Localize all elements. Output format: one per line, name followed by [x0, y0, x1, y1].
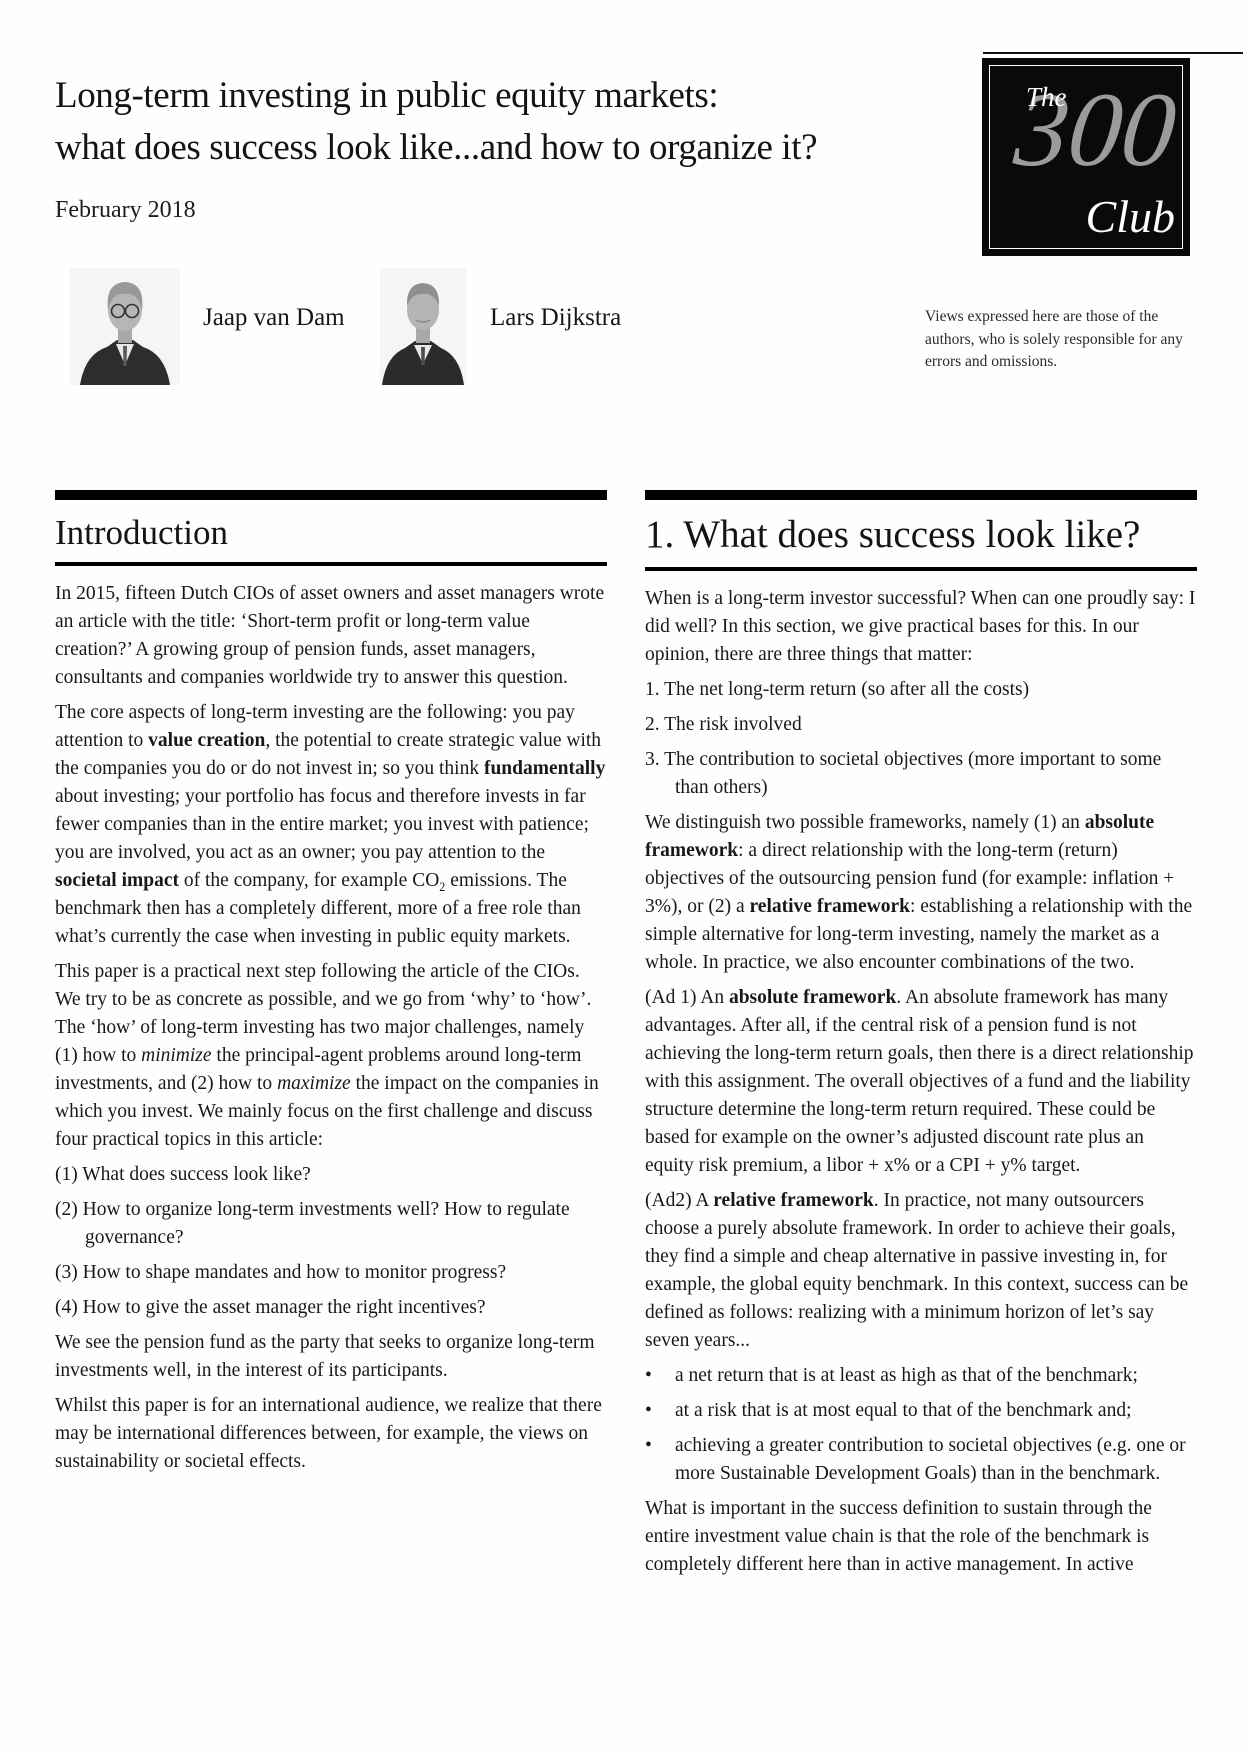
paragraph: What is important in the success definit… — [645, 1495, 1197, 1579]
list-item: 1. The net long-term return (so after al… — [645, 676, 1197, 704]
list-item: 3. The contribution to societal objectiv… — [645, 746, 1197, 802]
paragraph: The core aspects of long-term investing … — [55, 699, 607, 951]
page-title-line1: Long-term investing in public equity mar… — [55, 70, 817, 122]
thick-rule — [55, 490, 607, 500]
page-title: Long-term investing in public equity mar… — [55, 70, 817, 174]
bullet-item: •at a risk that is at most equal to that… — [645, 1397, 1197, 1425]
success-body: When is a long-term investor successful?… — [645, 585, 1197, 1579]
publication-date: February 2018 — [55, 197, 196, 224]
paragraph: We see the pension fund as the party tha… — [55, 1329, 607, 1385]
section-heading-success: 1. What does success look like? — [645, 513, 1197, 558]
author-photo-jaap-van-dam — [70, 268, 180, 385]
introduction-section: Introduction In 2015, fifteen Dutch CIOs… — [55, 490, 607, 1483]
document-page: Long-term investing in public equity mar… — [0, 0, 1249, 1754]
author-name-jaap-van-dam: Jaap van Dam — [203, 304, 345, 332]
the-300-club-logo: 300 The Club — [982, 58, 1190, 256]
thick-rule — [645, 490, 1197, 500]
paragraph: (Ad 1) An absolute framework. An absolut… — [645, 984, 1197, 1180]
top-right-rule — [983, 52, 1243, 54]
paragraph: We distinguish two possible frameworks, … — [645, 809, 1197, 977]
bullet-item: •a net return that is at least as high a… — [645, 1362, 1197, 1390]
introduction-body: In 2015, fifteen Dutch CIOs of asset own… — [55, 580, 607, 1476]
paragraph: (Ad2) A relative framework. In practice,… — [645, 1187, 1197, 1355]
bullet-icon: • — [645, 1432, 675, 1460]
bullet-icon: • — [645, 1397, 675, 1425]
thin-rule — [645, 567, 1197, 571]
thin-rule — [55, 562, 607, 566]
success-section: 1. What does success look like? When is … — [645, 490, 1197, 1586]
bullet-item: •achieving a greater contribution to soc… — [645, 1432, 1197, 1488]
paragraph: In 2015, fifteen Dutch CIOs of asset own… — [55, 580, 607, 692]
disclaimer-text: Views expressed here are those of the au… — [925, 306, 1195, 374]
logo-the: The — [1026, 82, 1067, 113]
paragraph: This paper is a practical next step foll… — [55, 958, 607, 1154]
list-item: (4) How to give the asset manager the ri… — [55, 1294, 607, 1322]
author-name-lars-dijkstra: Lars Dijkstra — [490, 304, 621, 332]
list-item: (2) How to organize long-term investment… — [55, 1196, 607, 1252]
paragraph: Whilst this paper is for an internationa… — [55, 1392, 607, 1476]
page-title-line2: what does success look like...and how to… — [55, 122, 817, 174]
paragraph: When is a long-term investor successful?… — [645, 585, 1197, 669]
list-item: 2. The risk involved — [645, 711, 1197, 739]
section-heading-introduction: Introduction — [55, 513, 607, 553]
author-photo-lars-dijkstra — [380, 268, 466, 385]
logo-club: Club — [1086, 194, 1175, 240]
list-item: (3) How to shape mandates and how to mon… — [55, 1259, 607, 1287]
list-item: (1) What does success look like? — [55, 1161, 607, 1189]
bullet-icon: • — [645, 1362, 675, 1390]
